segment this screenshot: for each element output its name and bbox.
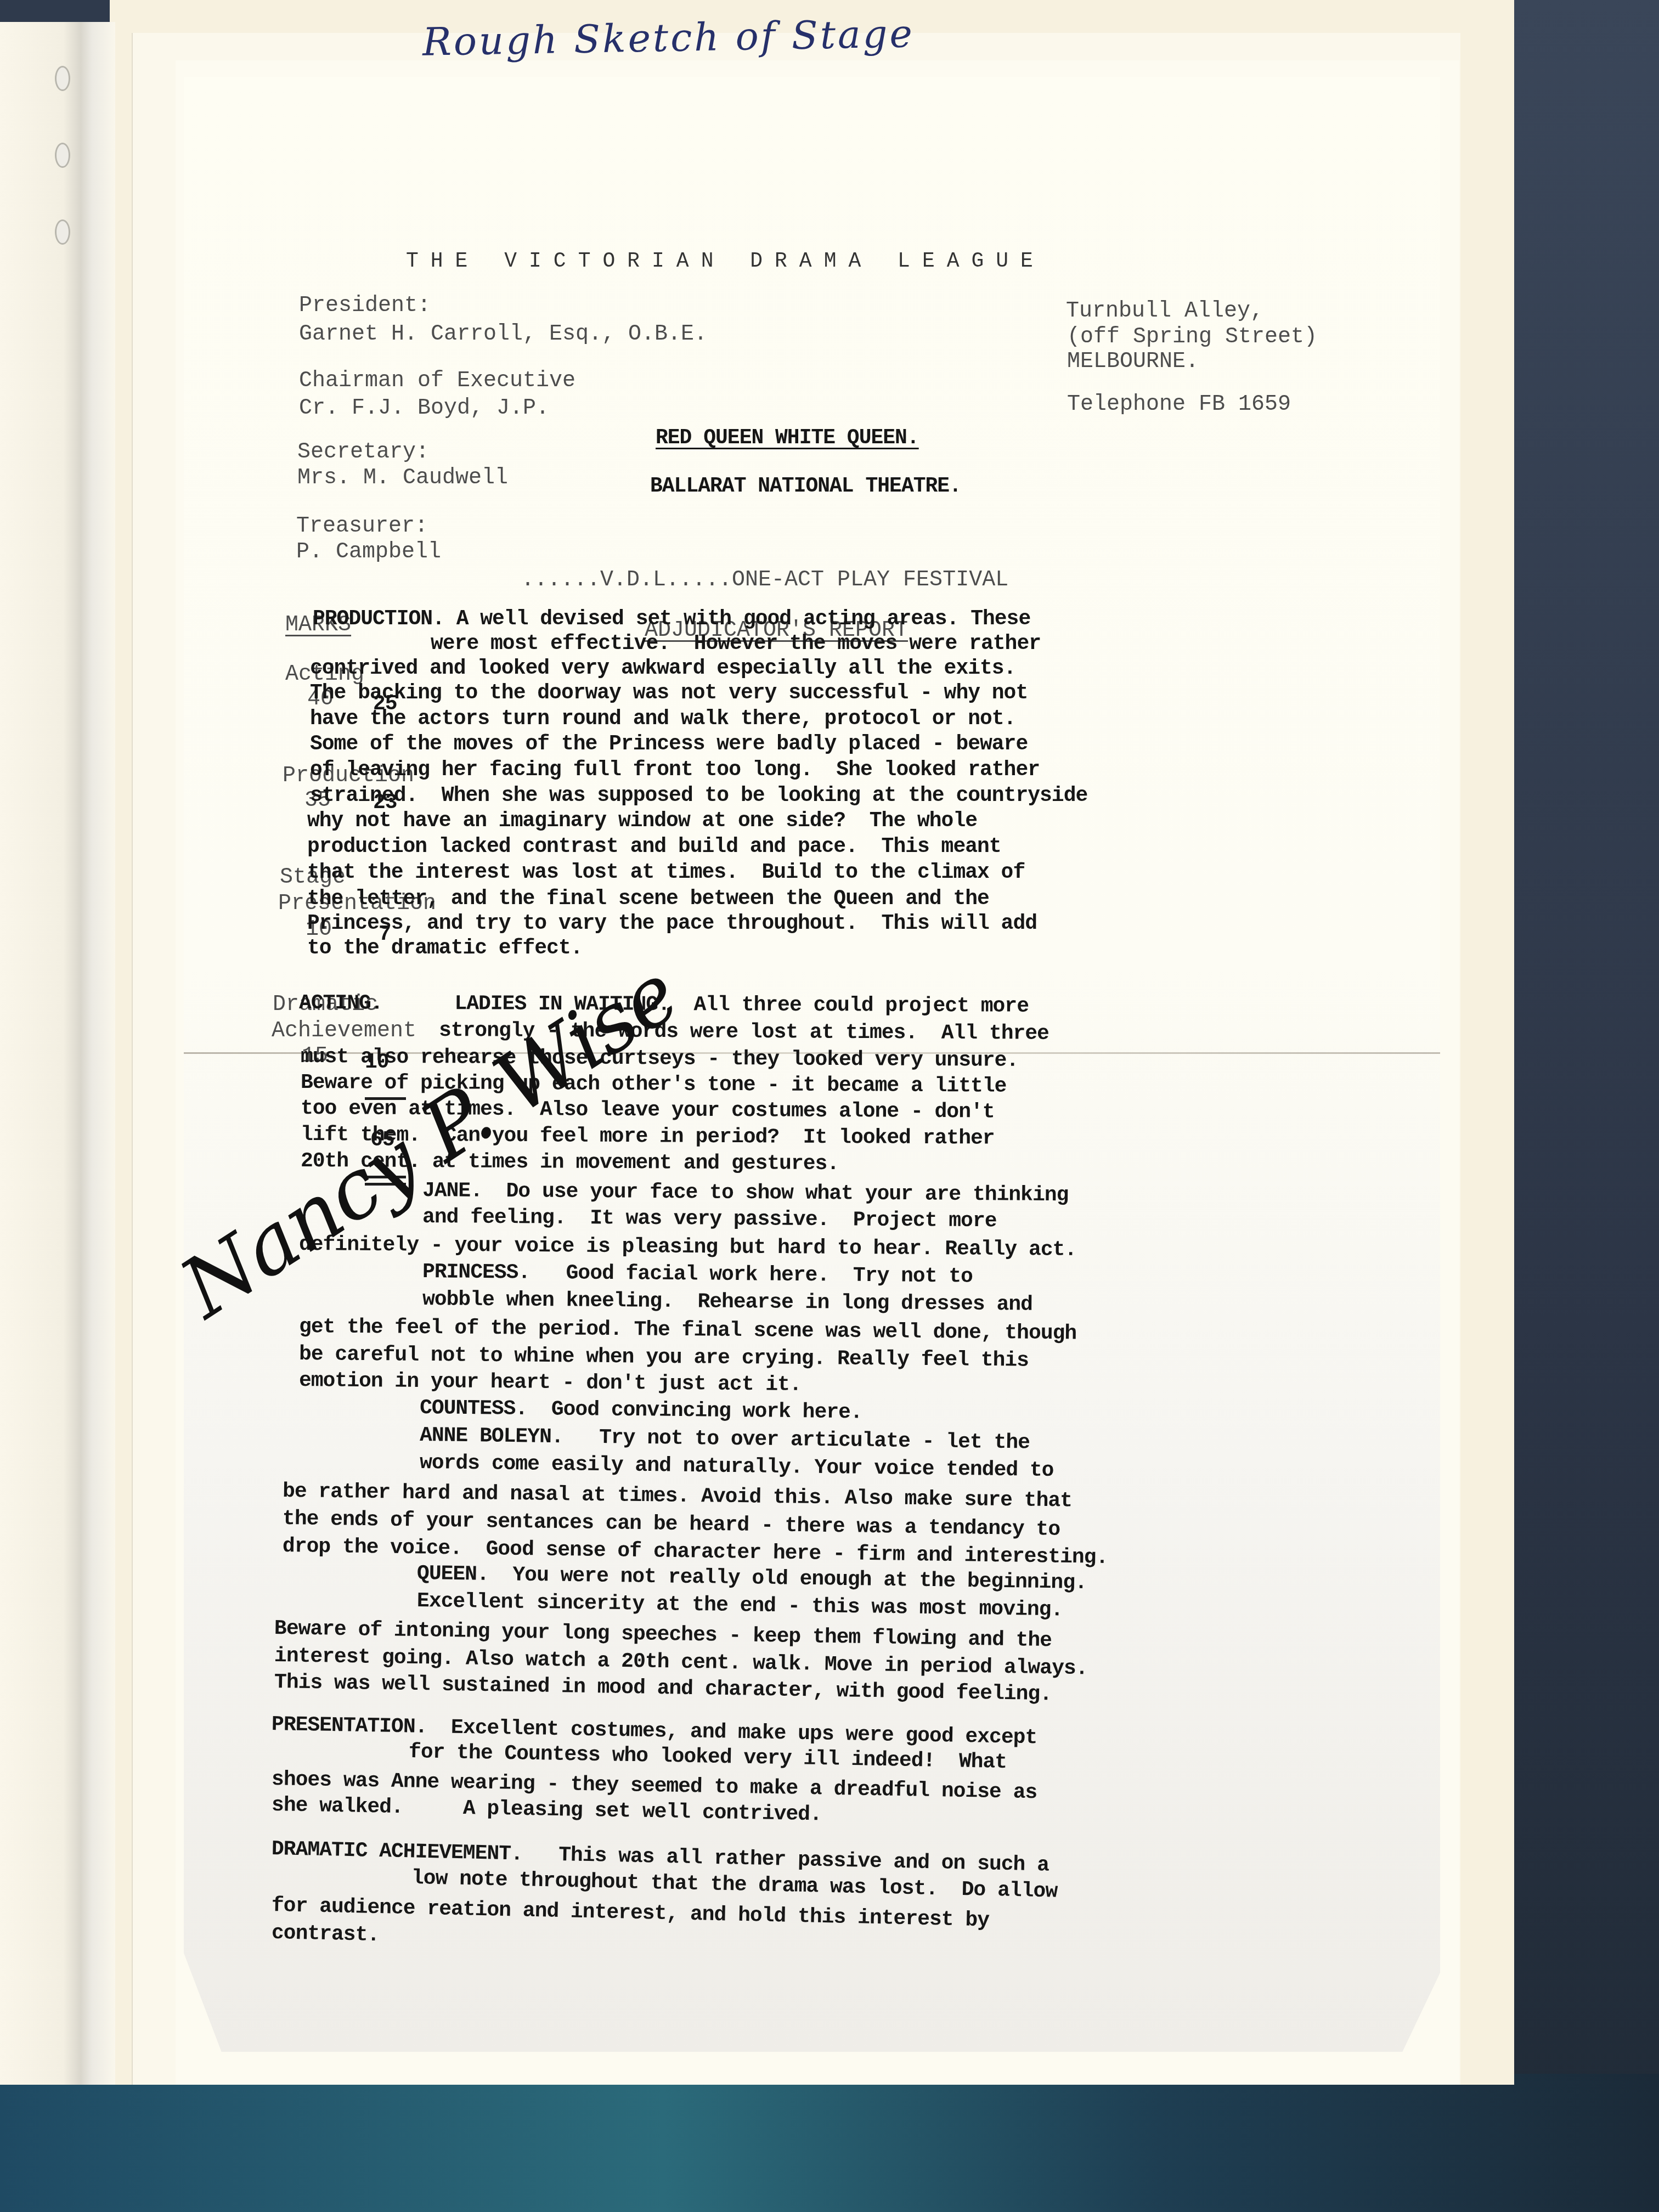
adjudicator-report-page: THE VICTORIAN DRAMA LEAGUE President: Ga… [184, 77, 1440, 2052]
officer-role: Secretary: [297, 442, 429, 464]
binder-hole-icon [55, 143, 70, 168]
desk-cloth [0, 2074, 1659, 2212]
marks-label-achievement: Achievement [272, 1020, 416, 1042]
report-line: COUNTESS. Good convincing work here. [420, 1398, 862, 1423]
report-line: of leaving her facing full front too lon… [310, 760, 1040, 781]
play-title: RED QUEEN WHITE QUEEN. [656, 428, 919, 449]
binder-hole-icon [55, 66, 70, 91]
report-line: to the dramatic effect. [307, 938, 583, 959]
report-line: definitely - your voice is pleasing but … [299, 1234, 1076, 1261]
address-line: MELBOURNE. [1067, 351, 1199, 373]
report-line: PRESENTATION. Excellent costumes, and ma… [272, 1714, 1037, 1748]
report-line: have the actors turn round and walk ther… [310, 709, 1015, 730]
report-line: why not have an imaginary window at one … [307, 811, 977, 832]
officer-name: Mrs. M. Caudwell [297, 467, 508, 489]
officer-role: Chairman of Executive [299, 370, 575, 392]
report-line: be careful not to whine when you are cry… [299, 1344, 1029, 1372]
report-line: contrived and looked very awkward especi… [310, 658, 1015, 679]
binder-stack [0, 22, 115, 2085]
officer-name: Garnet H. Carroll, Esq., O.B.E. [299, 324, 707, 346]
address-line: Turnbull Alley, [1066, 301, 1263, 323]
report-line: ANNE BOLEYN. Try not to over articulate … [420, 1425, 1030, 1454]
officer-name: Cr. F.J. Boyd, J.P. [299, 398, 549, 420]
report-line: were most effective. However the moves w… [431, 634, 1041, 654]
report-line: be rather hard and nasal at times. Avoid… [283, 1481, 1072, 1512]
report-line: Princess, and try to vary the pace throu… [307, 913, 1037, 934]
address-line: (off Spring Street) [1067, 326, 1317, 348]
address-line-text: (off Spring Street) [1067, 325, 1317, 349]
report-line: words come easily and naturally. Your vo… [420, 1453, 1054, 1481]
telephone: Telephone FB 1659 [1067, 394, 1291, 416]
report-line: must also rehearse those curtseys - they… [301, 1047, 1018, 1071]
officer-role: Treasurer: [296, 516, 428, 538]
report-line: JANE. Do use your face to show what your… [422, 1181, 1069, 1206]
report-line: QUEEN. You were not really old enough at… [417, 1564, 1087, 1594]
report-line: Excellent sincerity at the end - this wa… [417, 1591, 1063, 1621]
handwritten-note: Rough Sketch of Stage [422, 11, 915, 65]
report-line: Some of the moves of the Princess were b… [310, 734, 1028, 755]
report-line: contrast. [272, 1923, 380, 1946]
report-line: that the interest was lost at times. Bui… [307, 862, 1025, 883]
officer-name: P. Campbell [296, 541, 441, 563]
binder-hole-icon [55, 219, 70, 245]
officer-role: President: [299, 295, 431, 317]
report-line: the letter, and the final scene between … [307, 889, 989, 910]
report-line: PRINCESS. Good facial work here. Try not… [422, 1262, 973, 1288]
festival-line: ......V.D.L.....ONE-ACT PLAY FESTIVAL [521, 569, 1008, 591]
report-line: and feeling. It was very passive. Projec… [422, 1207, 997, 1232]
organisation-title: THE VICTORIAN DRAMA LEAGUE [406, 251, 1045, 272]
report-line: wobble when kneeling. Rehearse in long d… [422, 1289, 1032, 1316]
report-line: emotion in your heart - don't just act i… [299, 1370, 802, 1396]
report-line: get the feel of the period. The final sc… [299, 1317, 1077, 1344]
report-line: PRODUCTION. A well devised set with good… [313, 609, 1030, 630]
report-line: strained. When she was supposed to be lo… [310, 786, 1087, 806]
report-line: drop the voice. Good sense of character … [283, 1536, 1108, 1568]
report-line: she walked. A pleasing set well contrive… [272, 1795, 822, 1825]
report-line: Beware of picking up each other's tone -… [301, 1073, 1007, 1097]
company-name: BALLARAT NATIONAL THEATRE. [650, 476, 961, 497]
report-line: The backing to the doorway was not very … [310, 683, 1028, 704]
report-line: DRAMATIC ACHIEVEMENT. This was all rathe… [272, 1839, 1049, 1876]
report-line: production lacked contrast and build and… [307, 837, 1001, 857]
